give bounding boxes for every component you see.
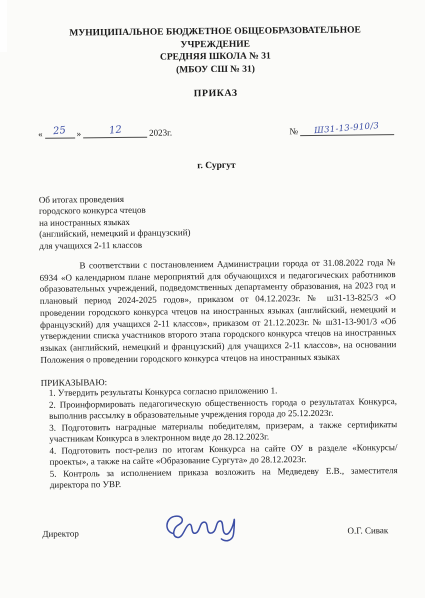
city-line: г. Сургут	[38, 159, 394, 173]
order-item: 5. Контроль за исполнением приказа возло…	[50, 465, 398, 492]
handwritten-month: 12	[108, 124, 122, 136]
handwritten-signature-icon	[160, 510, 242, 549]
scan-edge-artifact	[0, 0, 7, 52]
subject-block: Об итогах проведения городского конкурса…	[39, 192, 275, 251]
year-suffix: 2023г.	[149, 127, 172, 137]
number-blank: Ш31-13-910/3	[300, 122, 394, 136]
number-label: №	[289, 126, 298, 136]
doc-type-title: ПРИКАЗ	[38, 86, 394, 101]
scanned-order-document: МУНИЦИПАЛЬНОЕ БЮДЖЕТНОЕ ОБЩЕОБРАЗОВАТЕЛЬ…	[0, 0, 425, 598]
organization-name: МУНИЦИПАЛЬНОЕ БЮДЖЕТНОЕ ОБЩЕОБРАЗОВАТЕЛЬ…	[37, 24, 394, 78]
handwritten-day: 25	[53, 125, 67, 137]
day-blank: 25	[45, 125, 75, 138]
date-field: « 25 » 12 2023г.	[38, 124, 172, 138]
open-quote: «	[38, 129, 43, 139]
org-line: (МБОУ СШ № 31)	[37, 62, 393, 78]
signature-role: Директор	[42, 528, 79, 538]
body-paragraph: В соответствии с постановлением Админист…	[39, 257, 396, 366]
signature-row: Директор О.Г. Сивак	[42, 508, 398, 556]
month-blank: 12	[83, 125, 147, 139]
close-quote: »	[77, 128, 82, 138]
handwritten-number: Ш31-13-910/3	[314, 121, 380, 136]
signature-name: О.Г. Сивак	[347, 525, 388, 535]
order-list: 1. Утвердить результаты Конкурса согласн…	[49, 384, 398, 491]
subject-line: для учащихся 2-11 классов	[39, 238, 274, 252]
document-content: МУНИЦИПАЛЬНОЕ БЮДЖЕТНОЕ ОБЩЕОБРАЗОВАТЕЛЬ…	[37, 24, 399, 556]
order-number-field: № Ш31-13-910/3	[289, 122, 394, 136]
date-and-number-row: « 25 » 12 2023г. № Ш31-13-910/3	[38, 122, 394, 139]
